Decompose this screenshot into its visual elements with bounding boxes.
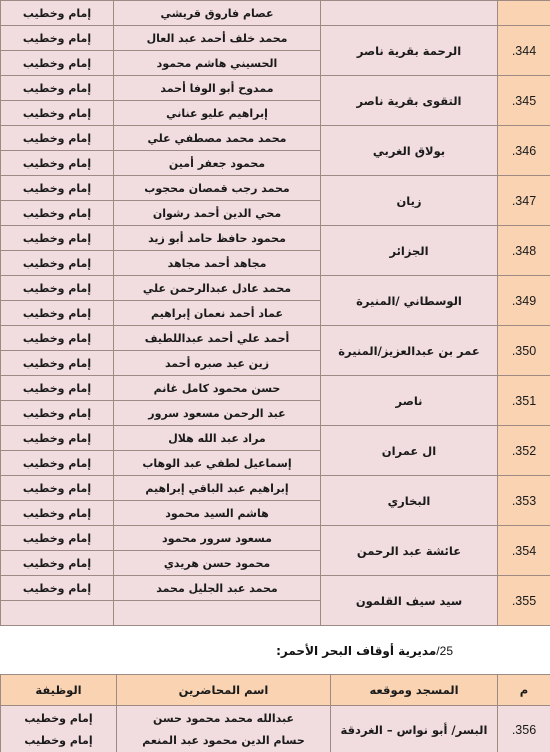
job-cell: إمام وخطيب [1,576,114,601]
mosque-cell [321,1,498,26]
number-cell: .356 [498,706,550,752]
imam-name-cell: مراد عبد الله هلال [114,426,321,451]
imam-name-cell: محمد خلف أحمد عبد العال [114,26,321,51]
mosque-cell: الرحمة بقرية ناصر [321,26,498,76]
mosque-cell: التقوى بقرية ناصر [321,76,498,126]
mosque-cell: الجزائر [321,226,498,276]
table-row: إمام وخطيبمحمود حافظ حامد أبو زيدالجزائر… [1,226,550,251]
job-cell: إمام وخطيب [1,126,114,151]
number-cell [498,1,550,26]
red-sea-imams-table: الوظيفة اسم المحاضرين المسجد وموقعه م إم… [0,674,550,752]
job-cell: إمام وخطيب [1,326,114,351]
imam-name-cell: محي الدين أحمد رشوان [114,201,321,226]
table-row: إمام وخطيبأحمد علي أحمد عبداللطيفعمر بن … [1,326,550,351]
job-cell: إمام وخطيب [1,76,114,101]
job-text: إمام وخطيب [1,708,116,730]
job-cell: إمام وخطيب [1,176,114,201]
number-cell: .354 [498,526,550,576]
header-job: الوظيفة [1,675,117,706]
section-number: 25/ [436,644,453,658]
imam-name-cell: محمد عبد الجليل محمد [114,576,321,601]
table-header-row: الوظيفة اسم المحاضرين المسجد وموقعه م [1,675,550,706]
job-cell: إمام وخطيب [1,426,114,451]
imam-name-cell: مجاهد أحمد مجاهد [114,251,321,276]
imam-name-cell: عماد أحمد نعمان إبراهيم [114,301,321,326]
mosque-cell: ناصر [321,376,498,426]
section-heading: 25/مديرية أوقاف البحر الأحمر: [276,644,453,658]
imam-name-cell: محمد عادل عبدالرحمن علي [114,276,321,301]
number-cell: .352 [498,426,550,476]
job-cell: إمام وخطيب [1,276,114,301]
imam-name-cell: عصام فاروق قريشي [114,1,321,26]
imam-name-cell: إسماعيل لطفي عبد الوهاب [114,451,321,476]
imam-name-cell: محمد رجب قمصان محجوب [114,176,321,201]
imam-name-cell: زين عيد صبره أحمد [114,351,321,376]
mosque-cell: بولاق الغربي [321,126,498,176]
number-cell: .349 [498,276,550,326]
imam-name-cell [114,601,321,626]
number-cell: .347 [498,176,550,226]
number-cell: .345 [498,76,550,126]
table-row: إمام وخطيبممدوح أبو الوفا أحمدالتقوى بقر… [1,76,550,101]
job-cell: إمام وخطيب [1,301,114,326]
table-row: إمام وخطيبمحمد محمد مصطفي عليبولاق الغرب… [1,126,550,151]
job-cell: إمام وخطيب [1,551,114,576]
job-cell: إمام وخطيب [1,476,114,501]
job-text: إمام وخطيب [1,730,116,752]
job-cell: إمام وخطيب [1,101,114,126]
imam-name-cell: محمد محمد مصطفي علي [114,126,321,151]
imam-name-cell: محمود حافظ حامد أبو زيد [114,226,321,251]
number-cell: .355 [498,576,550,626]
imam-name-cell: إبراهيم عليو عناني [114,101,321,126]
table-row: إمام وخطيبمحمد عادل عبدالرحمن عليالوسطان… [1,276,550,301]
imam-name-cell: إبراهيم عبد الباقي إبراهيم [114,476,321,501]
names-cell: عبدالله محمد محمود حسن حسام الدين محمود … [117,706,331,752]
number-cell: .353 [498,476,550,526]
job-cell: إمام وخطيب إمام وخطيب [1,706,117,752]
imam-name-cell: حسن محمود كامل غانم [114,376,321,401]
imams-table-body: إمام وخطيبعصام فاروق قريشيإمام وخطيبمحمد… [1,1,550,626]
mosque-cell: البخاري [321,476,498,526]
imam-name-cell: محمود جعفر أمين [114,151,321,176]
number-cell: .346 [498,126,550,176]
table-row: إمام وخطيبعصام فاروق قريشي [1,1,550,26]
job-cell: إمام وخطيب [1,226,114,251]
imam-name-cell: أحمد علي أحمد عبداللطيف [114,326,321,351]
imams-table-continued: إمام وخطيبعصام فاروق قريشيإمام وخطيبمحمد… [0,0,550,626]
job-cell: إمام وخطيب [1,251,114,276]
job-cell: إمام وخطيب [1,351,114,376]
table-row: إمام وخطيبمسعود سرور محمودعائشة عبد الرح… [1,526,550,551]
job-cell: إمام وخطيب [1,26,114,51]
job-cell: إمام وخطيب [1,1,114,26]
table-row: إمام وخطيبمراد عبد الله هلالال عمران.352 [1,426,550,451]
mosque-cell: البسر/ أبو نواس – الغردقة [331,706,498,752]
mosque-cell: سيد سيف القلمون [321,576,498,626]
imam-name-cell: عبد الرحمن مسعود سرور [114,401,321,426]
imam-name-cell: الحسيني هاشم محمود [114,51,321,76]
mosque-cell: عائشة عبد الرحمن [321,526,498,576]
mosque-cell: الوسطاني /المنيرة [321,276,498,326]
lecturer-name: حسام الدين محمود عبد المنعم [117,730,330,752]
job-cell [1,601,114,626]
section-title: مديرية أوقاف البحر الأحمر: [276,644,436,658]
job-cell: إمام وخطيب [1,501,114,526]
job-cell: إمام وخطيب [1,451,114,476]
mosque-cell: زيان [321,176,498,226]
lecturer-name: عبدالله محمد محمود حسن [117,708,330,730]
imam-name-cell: هاشم السيد محمود [114,501,321,526]
imam-name-cell: مسعود سرور محمود [114,526,321,551]
header-names: اسم المحاضرين [117,675,331,706]
job-cell: إمام وخطيب [1,526,114,551]
table-row: إمام وخطيب إمام وخطيب عبدالله محمد محمود… [1,706,550,752]
job-cell: إمام وخطيب [1,51,114,76]
table-row: إمام وخطيبمحمد عبد الجليل محمدسيد سيف ال… [1,576,550,601]
job-cell: إمام وخطيب [1,376,114,401]
header-number: م [498,675,550,706]
number-cell: .350 [498,326,550,376]
job-cell: إمام وخطيب [1,401,114,426]
job-cell: إمام وخطيب [1,151,114,176]
number-cell: .351 [498,376,550,426]
table-row: إمام وخطيبحسن محمود كامل غانمناصر.351 [1,376,550,401]
table-row: إمام وخطيبمحمد رجب قمصان محجوبزيان.347 [1,176,550,201]
imam-name-cell: ممدوح أبو الوفا أحمد [114,76,321,101]
table-row: إمام وخطيبإبراهيم عبد الباقي إبراهيمالبخ… [1,476,550,501]
imam-name-cell: محمود حسن هريدي [114,551,321,576]
number-cell: .348 [498,226,550,276]
mosque-cell: ال عمران [321,426,498,476]
header-mosque: المسجد وموقعه [331,675,498,706]
mosque-cell: عمر بن عبدالعزيز/المنيرة [321,326,498,376]
number-cell: .344 [498,26,550,76]
job-cell: إمام وخطيب [1,201,114,226]
table-row: إمام وخطيبمحمد خلف أحمد عبد العالالرحمة … [1,26,550,51]
